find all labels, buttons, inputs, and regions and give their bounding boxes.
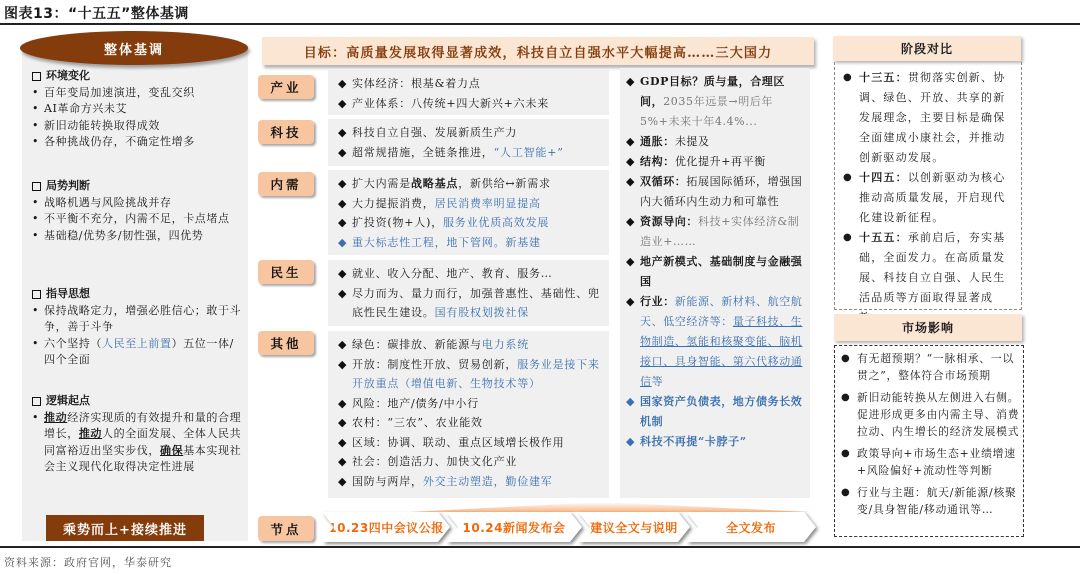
bullet-item: 不平衡不充分，内需不足，卡点堵点 — [32, 211, 244, 228]
section-heading: 指导思想 — [32, 286, 244, 303]
list-item: 国家资产负债表，地方债务长效机制 — [626, 392, 804, 432]
list-item: GDP目标？质与量，合理区间，2035年远景→明后年5%+未来十年4.4%... — [626, 72, 804, 132]
timeline-step: 10.24新闻发布会 — [446, 512, 582, 544]
timeline-step: 全文发布 — [686, 512, 816, 544]
bullet-item: 各种挑战仍存，不确定性增多 — [32, 134, 244, 151]
section-logic-start: 逻辑起点 推动经济实现质的有效提升和量的合理增长，推动人的全面发展、全体人民共同… — [32, 393, 244, 476]
list-item: 尽力而为、量力而行，加强普惠性、基础性、兜底性民生建设。国有股权划拨社保 — [338, 284, 603, 323]
list-item: 扩大内需是战略基点，新供给↔新需求 — [338, 174, 603, 194]
list-item: 行业：新能源、新材料、航空航天、低空经济等：量子科技、生物制造、氢能和核聚变能、… — [626, 292, 804, 392]
footer-divider — [0, 546, 1080, 548]
other-box: 绿色：碳排放、新能源与电力系统 开放：制度性开放、贸易创新，服务业是接下来开放重… — [328, 331, 609, 498]
list-item: 十三五：贯彻落实创新、协调、绿色、开放、共享的新发展理念，主要目标是确保全面建成… — [841, 68, 1017, 168]
list-item: 重大标志性工程，地下管网。新基建 — [338, 233, 603, 253]
section-situation: 局势判断 战略机遇与风险挑战并存 不平衡不充分，内需不足，卡点堵点 基础稳/优势… — [32, 178, 244, 244]
stage-compare-header: 阶段对比 — [833, 36, 1021, 61]
timeline-highlight — [410, 502, 810, 512]
checkbox-square-icon — [32, 72, 41, 81]
macro-targets-column: GDP目标？质与量，合理区间，2035年远景→明后年5%+未来十年4.4%...… — [620, 68, 810, 498]
list-item: 科技不再提“卡脖子” — [626, 432, 804, 452]
list-item: 地产新模式、基础制度与金融强国 — [626, 252, 804, 292]
list-item: 十五五：承前启后，夯实基础，全面发力。在高质量发展、科技自立自强、人民生活品质等… — [841, 228, 1017, 328]
bullet-item: 基础稳/优势多/韧性强，四优势 — [32, 228, 244, 245]
tag-industry: 产业 — [258, 75, 314, 99]
section-environment: 环境变化 百年变局加速演进，变乱交织 AI革命方兴未艾 新旧动能转换取得成效 各… — [32, 68, 244, 151]
list-item: 产业体系：八传统+四大新兴+六未来 — [338, 94, 603, 114]
list-item: 社会：创造活力、加快文化产业 — [338, 452, 603, 472]
list-item: 风险：地产/债务/中小行 — [338, 394, 603, 414]
domestic-demand-box: 扩大内需是战略基点，新供给↔新需求 大力提振消费，居民消费率明显提高 扩投资(物… — [328, 170, 609, 255]
list-item: 结构：优化提升+再平衡 — [626, 152, 804, 172]
list-item: 国防与两岸，外交主动塑造，勤俭建军 — [338, 472, 603, 492]
goal-banner: 目标：高质量发展取得显著成效，科技自立自强水平大幅提高……三大国力 — [262, 37, 814, 65]
list-item: 扩投资(物+人)，服务业优质高效发展 — [338, 213, 603, 233]
list-item: 十四五：以创新驱动为核心推动高质量发展，开启现代化建设新征程。 — [841, 168, 1017, 228]
bullet-item: AI革命方兴未艾 — [32, 101, 244, 118]
stage-compare-box: 十三五：贯彻落实创新、协调、绿色、开放、共享的新发展理念，主要目标是确保全面建成… — [834, 62, 1022, 310]
timeline-step: 10.23四中会议公报 — [322, 512, 450, 544]
tag-other: 其他 — [258, 331, 314, 355]
overall-tone-header: 整体基调 — [20, 31, 248, 65]
list-item: 科技自立自强、发展新质生产力 — [338, 123, 603, 143]
list-item: 就业、收入分配、地产、教育、服务… — [338, 264, 603, 284]
tag-technology: 科技 — [258, 120, 314, 144]
momentum-banner: 乘势而上+接续推进 — [46, 515, 204, 541]
market-impact-box: 有无超预期？“一脉相承、一以贯之”，整体符合市场预期 新旧动能转换从左侧进入右侧… — [834, 345, 1024, 537]
list-item: 双循环：拓展国际循环，增强国内大循环内生动力和可靠性 — [626, 172, 804, 212]
checkbox-square-icon — [32, 182, 41, 191]
section-heading: 局势判断 — [32, 178, 244, 195]
technology-box: 科技自立自强、发展新质生产力 超常规措施，全链条推进，“人工智能+” — [328, 119, 609, 166]
list-item: 政策导向+市场生态+业绩增速+风险偏好+流动性等判断 — [839, 445, 1021, 479]
list-item: 资源导向：科技+实体经济&制造业+…… — [626, 212, 804, 252]
bullet-item: 战略机遇与风险挑战并存 — [32, 195, 244, 212]
list-item: 绿色：碳排放、新能源与电力系统 — [338, 335, 603, 355]
list-item: 新旧动能转换从左侧进入右侧。促进形成更多由内需主导、消费拉动、内生增长的经济发展… — [839, 389, 1021, 440]
highlight-text: 人民至上前置 — [102, 337, 172, 350]
list-item: 开放：制度性开放、贸易创新，服务业是接下来开放重点（增值电新、生物技术等） — [338, 355, 603, 394]
list-item: 行业与主题：航天/新能源/核聚变/具身智能/移动通讯等… — [839, 484, 1021, 518]
source-note: 资料来源：政府官网，华泰研究 — [4, 554, 172, 570]
bullet-item: 推动经济实现质的有效提升和量的合理增长，推动人的全面发展、全体人民共同富裕迈出坚… — [32, 410, 244, 476]
list-item: 大力提振消费，居民消费率明显提高 — [338, 194, 603, 214]
bullet-item: 新旧动能转换取得成效 — [32, 118, 244, 135]
list-item: 通胀：未提及 — [626, 132, 804, 152]
section-heading: 环境变化 — [32, 68, 244, 85]
market-impact-header: 市场影响 — [834, 314, 1022, 341]
list-item: 区域：协调、联动、重点区域增长极作用 — [338, 433, 603, 453]
bullet-item: 百年变局加速演进，变乱交织 — [32, 85, 244, 102]
tag-milestones: 节点 — [258, 516, 314, 541]
livelihood-box: 就业、收入分配、地产、教育、服务… 尽力而为、量力而行，加强普惠性、基础性、兜底… — [328, 260, 609, 326]
list-item: 实体经济：根基&着力点 — [338, 74, 603, 94]
section-guiding-thought: 指导思想 保持战略定力，增强必胜信心；敢于斗争，善于斗争 六个坚持（人民至上前置… — [32, 286, 244, 369]
checkbox-square-icon — [32, 397, 41, 406]
tag-domestic-demand: 内需 — [258, 172, 314, 196]
timeline-step: 建议全文与说明 — [578, 512, 690, 544]
section-heading: 逻辑起点 — [32, 393, 244, 410]
list-item: 农村：“三农”、农业能效 — [338, 413, 603, 433]
title-divider — [0, 23, 1080, 25]
tag-livelihood: 民生 — [258, 260, 314, 284]
industry-box: 实体经济：根基&着力点 产业体系：八传统+四大新兴+六未来 — [328, 70, 609, 115]
bullet-item: 保持战略定力，增强必胜信心；敢于斗争，善于斗争 — [32, 303, 244, 336]
figure-title: 图表13：“十五五”整体基调 — [4, 3, 189, 23]
checkbox-square-icon — [32, 290, 41, 299]
bullet-item: 六个坚持（人民至上前置）五位一体/四个全面 — [32, 336, 244, 369]
list-item: 超常规措施，全链条推进，“人工智能+” — [338, 143, 603, 163]
list-item: 有无超预期？“一脉相承、一以贯之”，整体符合市场预期 — [839, 350, 1021, 384]
